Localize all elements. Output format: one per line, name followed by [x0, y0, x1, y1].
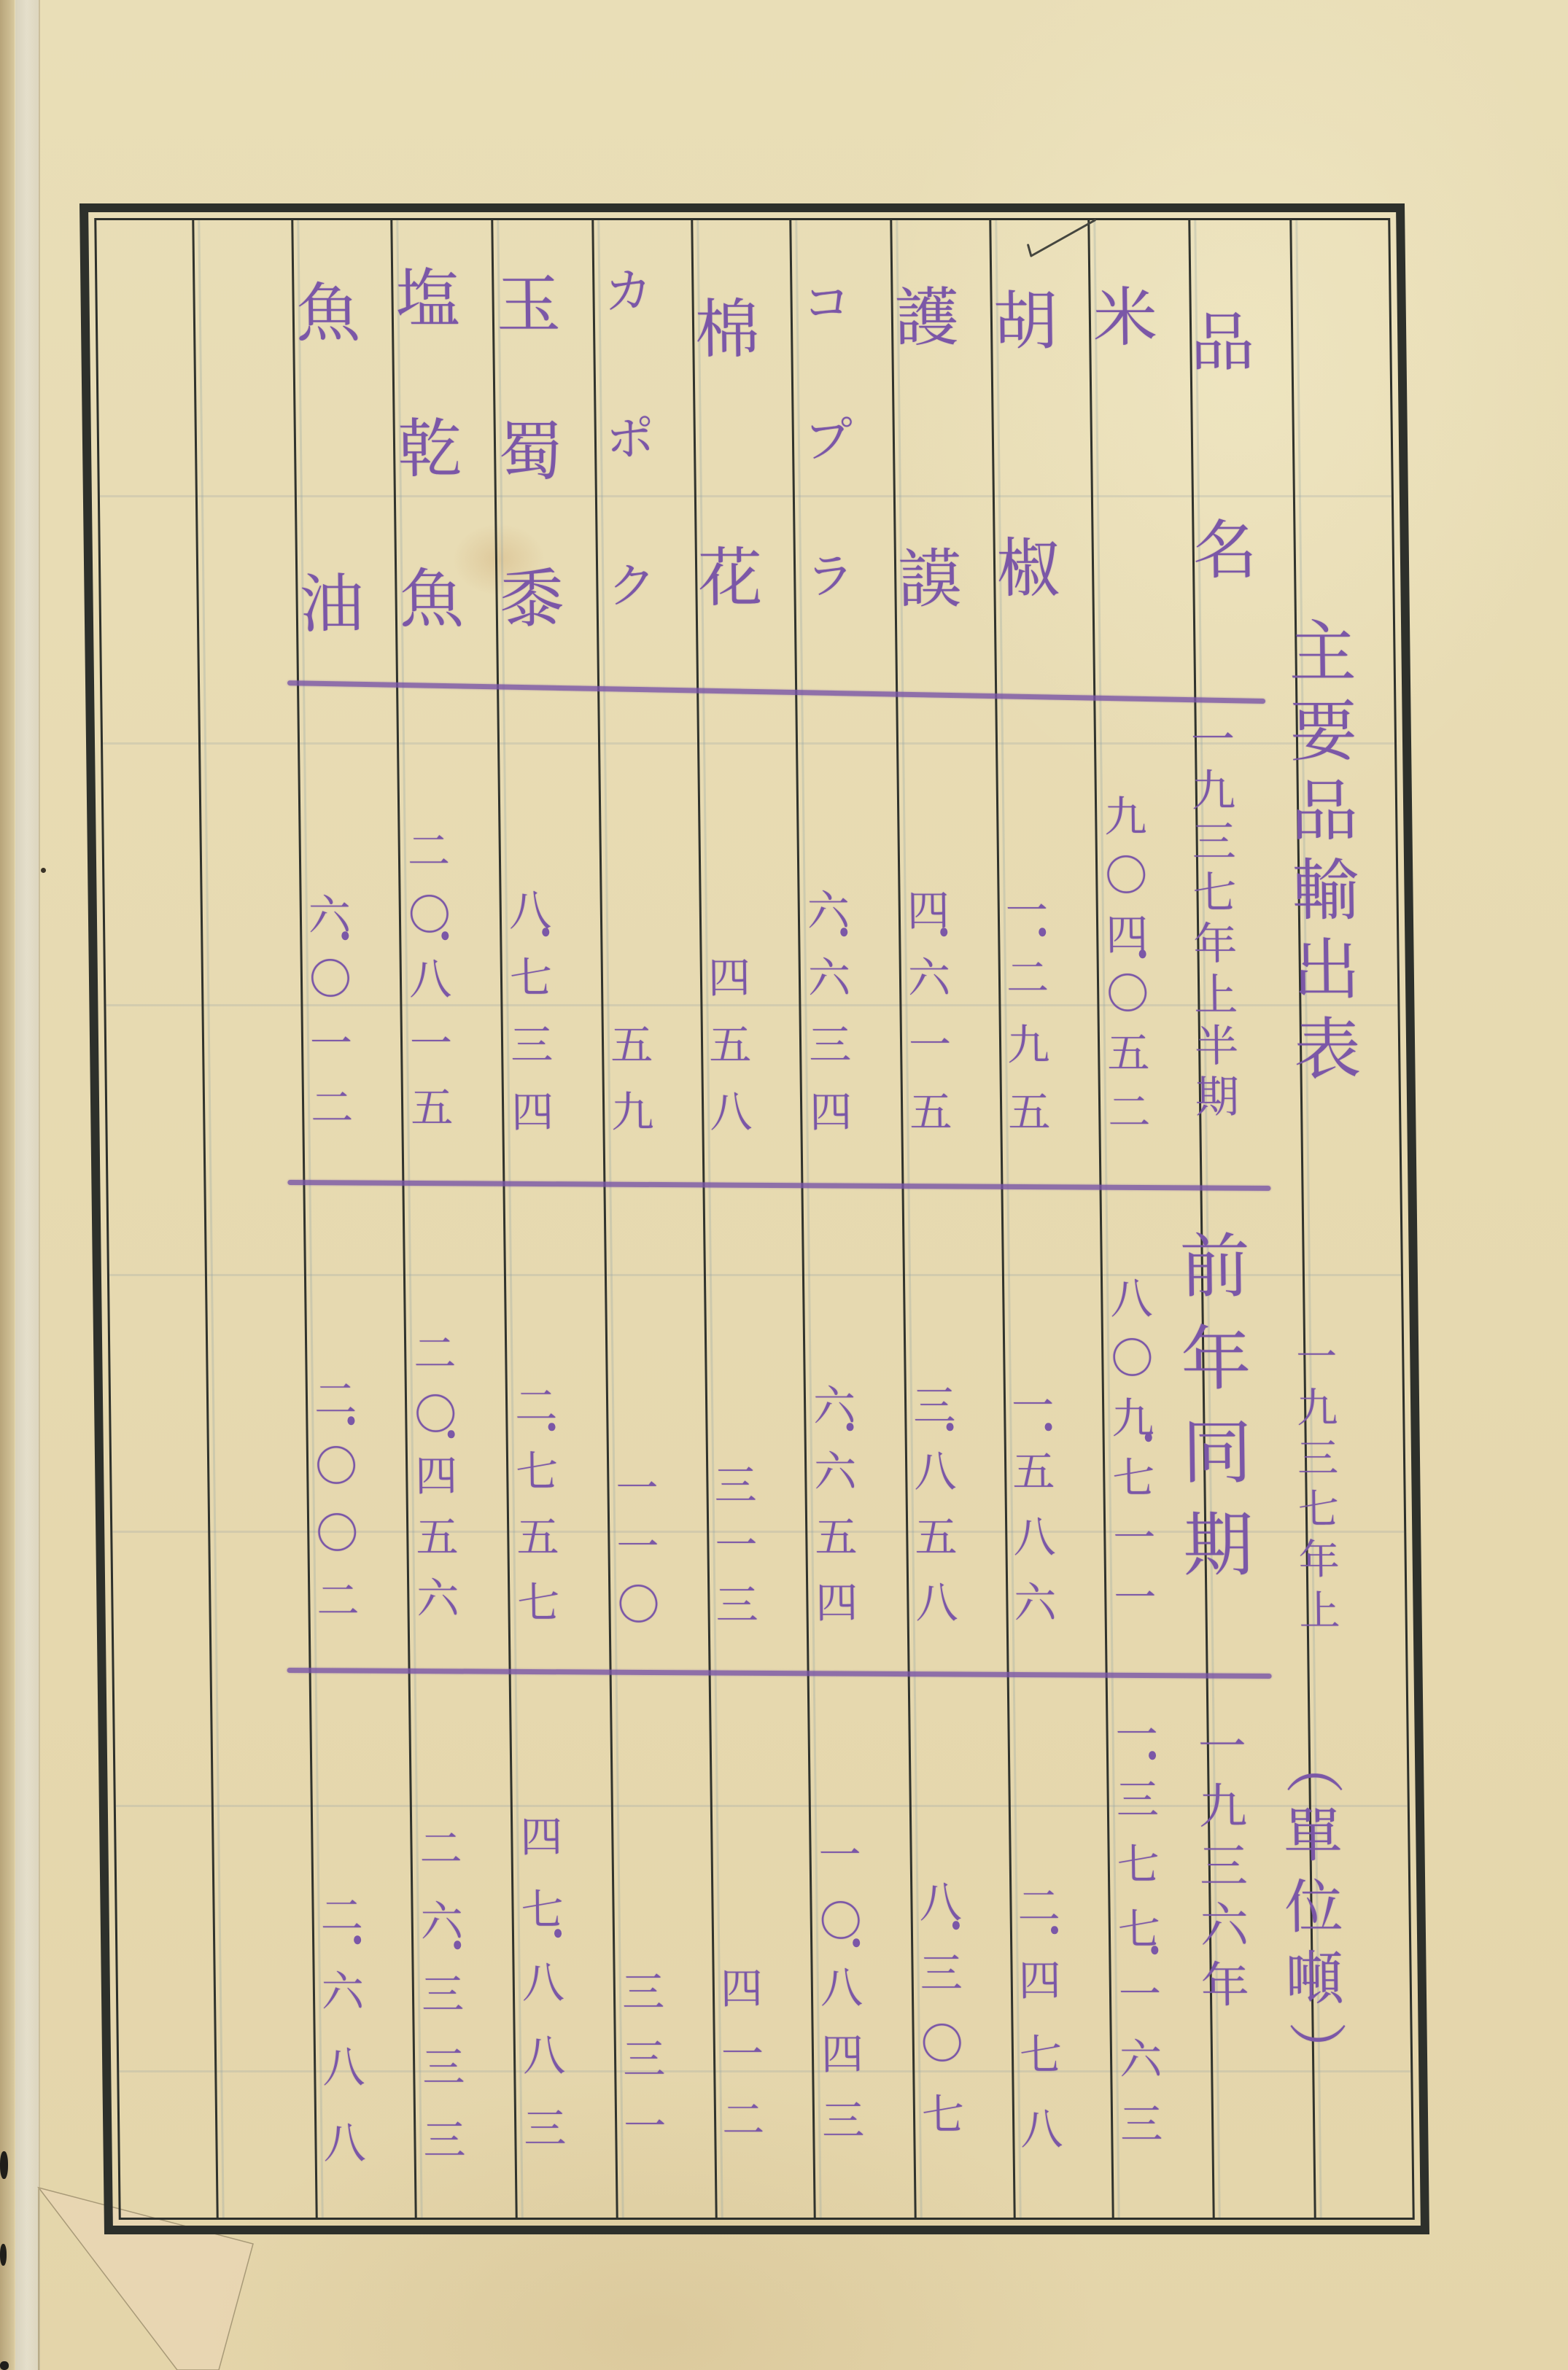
- table-frame: 主要品輸出表 一九三七年上 （單位噸） 品名 米 胡椒 護謨 コプラ 棉花 カポ…: [79, 203, 1429, 2234]
- glyph: 〇: [1111, 1337, 1154, 1380]
- glyph: 五: [915, 1516, 958, 1558]
- glyph: 〇: [617, 1584, 660, 1626]
- glyph: 五: [416, 1516, 459, 1558]
- glyph: 三: [920, 1952, 963, 1994]
- glyph: 油: [299, 572, 364, 637]
- glyph: 三: [1297, 1439, 1339, 1480]
- glyph: 七: [1117, 1843, 1160, 1886]
- glyph: 五: [1012, 1450, 1055, 1493]
- glyph: 七: [922, 2094, 965, 2136]
- glyph: 一: [818, 1834, 861, 1876]
- comma-mark: [441, 931, 449, 940]
- glyph: 九: [1191, 769, 1235, 813]
- comma-mark: [1149, 1752, 1156, 1760]
- glyph: 三: [524, 2107, 567, 2150]
- glyph: 四: [1018, 1959, 1061, 2002]
- glyph: 單: [1284, 1807, 1343, 1865]
- glyph: 米: [1092, 286, 1157, 350]
- glyph: 一: [616, 1467, 659, 1510]
- glyph: 〇: [309, 958, 352, 1001]
- glyph: 品: [1190, 311, 1255, 375]
- glyph: 四: [821, 2033, 864, 2075]
- glyph: 七: [1298, 1490, 1340, 1531]
- glyph: 同: [1181, 1418, 1252, 1488]
- glyph: 〇: [920, 2023, 963, 2065]
- comma-mark: [1151, 1946, 1158, 1955]
- glyph: 二: [722, 2099, 765, 2141]
- comma-mark: [853, 1938, 860, 1947]
- glyph: 年: [1298, 1540, 1340, 1581]
- glyph: 七: [510, 957, 553, 999]
- glyph: 三: [1199, 1843, 1248, 1891]
- glyph: 三: [715, 1584, 758, 1626]
- glyph: 一: [1005, 890, 1048, 932]
- glyph: 九: [1297, 1388, 1338, 1429]
- glyph: 三: [822, 2099, 865, 2142]
- glyph: 二: [311, 1087, 354, 1129]
- glyph: 位: [1284, 1878, 1343, 1937]
- glyph: 三: [623, 2038, 666, 2080]
- glyph: 三: [422, 1973, 465, 2016]
- glyph: 一: [1113, 1517, 1156, 1559]
- comma-mark: [1044, 1423, 1052, 1431]
- glyph: 期: [1183, 1510, 1254, 1580]
- glyph: 二: [317, 1580, 360, 1622]
- glyph: 一: [909, 1024, 952, 1066]
- comma-mark: [946, 1423, 953, 1431]
- glyph: 一: [1012, 1385, 1055, 1427]
- glyph: 胡: [993, 290, 1057, 354]
- glyph: 三: [422, 2046, 465, 2089]
- glyph: 玉: [496, 273, 561, 337]
- glyph: 花: [698, 546, 763, 610]
- glyph: 二: [320, 1895, 363, 1937]
- glyph: 一: [624, 2105, 667, 2148]
- glyph: 七: [1112, 1457, 1155, 1499]
- glyph: ク: [608, 562, 656, 610]
- glyph: 六: [807, 890, 850, 932]
- comma-mark: [1138, 949, 1146, 958]
- glyph: 四: [907, 890, 950, 932]
- glyph: 一: [1114, 1577, 1157, 1619]
- glyph: 一: [1296, 1337, 1338, 1378]
- glyph: 前: [1179, 1232, 1250, 1302]
- glyph: カ: [604, 268, 653, 316]
- glyph: 七: [1020, 2034, 1063, 2076]
- glyph: 表: [1294, 1017, 1362, 1084]
- glyph: 年: [1200, 1962, 1249, 2010]
- glyph: 棉: [695, 298, 760, 362]
- comma-mark: [1051, 1926, 1058, 1935]
- glyph: 一: [410, 1022, 453, 1065]
- glyph: 二: [1017, 1885, 1060, 1927]
- glyph: 八: [914, 1450, 957, 1493]
- comma-mark: [354, 1935, 361, 1944]
- comma-mark: [1145, 1433, 1152, 1442]
- glyph: 三: [1192, 820, 1236, 864]
- glyph: 二: [414, 1332, 457, 1375]
- glyph: ポ: [606, 415, 655, 463]
- glyph: 五: [909, 1091, 952, 1133]
- glyph: 一: [715, 1524, 758, 1566]
- glyph: 四: [511, 1091, 554, 1133]
- glyph: プ: [804, 416, 853, 465]
- glyph: 一: [1198, 1723, 1246, 1771]
- check-mark-icon: [79, 203, 1405, 291]
- glyph: 八: [409, 958, 452, 1001]
- glyph: 主: [1289, 619, 1357, 686]
- glyph: 六: [308, 894, 352, 936]
- comma-mark: [1039, 928, 1046, 937]
- glyph: 六: [1200, 1902, 1249, 1950]
- glyph: 三: [809, 1024, 852, 1066]
- glyph: 五: [516, 1516, 559, 1558]
- glyph: 三: [1116, 1779, 1159, 1821]
- glyph: 五: [815, 1516, 858, 1558]
- glyph: 謨: [898, 548, 963, 612]
- glyph: 八: [710, 1091, 753, 1133]
- glyph: 五: [1008, 1091, 1051, 1133]
- glyph: 〇: [1106, 973, 1149, 1015]
- glyph: 五: [411, 1087, 454, 1129]
- glyph: 二: [407, 830, 450, 872]
- glyph: 六: [908, 957, 951, 999]
- glyph: 八: [1013, 1516, 1056, 1558]
- comma-mark: [940, 928, 947, 937]
- glyph: 三: [423, 2119, 466, 2161]
- glyph: 四: [415, 1455, 458, 1497]
- glyph: 二: [419, 1827, 462, 1870]
- glyph: 魚: [295, 281, 360, 346]
- glyph: 七: [521, 1889, 564, 1931]
- glyph: 九: [611, 1091, 654, 1133]
- glyph: 五: [610, 1024, 653, 1066]
- glyph: 〇: [819, 1900, 862, 1943]
- glyph: 八: [1110, 1278, 1153, 1320]
- glyph: 蜀: [498, 420, 563, 484]
- glyph: 椒: [996, 537, 1061, 601]
- glyph: 六: [416, 1577, 459, 1620]
- glyph: 三: [622, 1971, 665, 2013]
- glyph: 三: [714, 1464, 757, 1507]
- glyph: 六: [322, 1970, 365, 2013]
- glyph: 〇: [408, 894, 451, 936]
- glyph: 名: [1192, 518, 1257, 583]
- glyph: 一: [1191, 718, 1235, 762]
- glyph: 三: [913, 1385, 956, 1427]
- glyph: 五: [1107, 1032, 1150, 1074]
- comma-mark: [952, 1921, 960, 1930]
- glyph: 一: [1115, 1714, 1158, 1756]
- glyph: 七: [517, 1582, 560, 1624]
- glyph: 品: [1291, 778, 1359, 845]
- comma-mark: [447, 1430, 454, 1439]
- glyph: 四: [810, 1091, 853, 1133]
- glyph: コ: [802, 279, 851, 327]
- glyph: 九: [1104, 796, 1147, 838]
- glyph: 六: [1014, 1582, 1057, 1624]
- glyph: 出: [1292, 937, 1360, 1004]
- glyph: 二: [515, 1385, 558, 1427]
- glyph: 八: [508, 890, 551, 932]
- glyph: 六: [1119, 2038, 1163, 2080]
- glyph: 四: [721, 1967, 764, 2010]
- glyph: 乾: [397, 417, 462, 481]
- glyph: 二: [314, 1378, 357, 1421]
- glyph: 八: [1020, 2108, 1063, 2151]
- glyph: 二: [1006, 957, 1049, 999]
- glyph: 年: [1193, 922, 1238, 966]
- glyph: 八: [915, 1582, 958, 1624]
- glyph: 〇: [316, 1512, 359, 1555]
- glyph: 三: [1120, 2103, 1163, 2145]
- comma-mark: [542, 928, 549, 937]
- glyph: 八: [323, 2122, 366, 2164]
- document-page: 主要品輸出表 一九三七年上 （單位噸） 品名 米 胡椒 護謨 コプラ 棉花 カポ…: [0, 0, 1568, 2370]
- glyph: 上: [1194, 974, 1238, 1017]
- glyph: 噸: [1285, 1950, 1344, 2008]
- glyph: 九: [1198, 1783, 1247, 1831]
- glyph: 〇: [315, 1445, 358, 1488]
- glyph: 八: [521, 1962, 564, 2004]
- comma-mark: [548, 1423, 555, 1431]
- comma-mark: [347, 1417, 354, 1426]
- glyph: ）: [1286, 2021, 1345, 2080]
- glyph: 七: [516, 1450, 559, 1493]
- glyph: 四: [815, 1582, 858, 1624]
- glyph: 六: [814, 1450, 857, 1493]
- glyph: 八: [322, 2046, 365, 2089]
- glyph: 四: [520, 1816, 563, 1858]
- comma-mark: [454, 1940, 461, 1949]
- glyph: 塩: [395, 267, 460, 331]
- glyph: 六: [813, 1385, 856, 1427]
- glyph: 八: [523, 2035, 566, 2077]
- comma-mark: [840, 928, 847, 937]
- glyph: 八: [820, 1967, 863, 2009]
- glyph: 六: [808, 957, 851, 999]
- comma-mark: [341, 931, 349, 940]
- glyph: 半: [1195, 1025, 1239, 1068]
- comma-mark: [554, 1929, 562, 1938]
- glyph: 五: [709, 1024, 752, 1066]
- glyph: 要: [1289, 699, 1357, 766]
- glyph: 七: [1118, 1908, 1161, 1951]
- glyph: 九: [1007, 1024, 1050, 1066]
- glyph: 一: [616, 1526, 659, 1568]
- glyph: 六: [420, 1900, 463, 1943]
- comma-mark: [846, 1423, 853, 1431]
- glyph: ラ: [806, 553, 855, 601]
- glyph: （: [1283, 1736, 1342, 1794]
- glyph: 四: [708, 957, 751, 999]
- glyph: 八: [919, 1881, 962, 1924]
- glyph: 魚: [399, 567, 464, 632]
- glyph: 輸: [1292, 858, 1359, 925]
- glyph: 年: [1181, 1324, 1251, 1394]
- glyph: 二: [1108, 1091, 1151, 1133]
- glyph: 一: [721, 2033, 764, 2075]
- glyph: 護: [894, 286, 959, 350]
- glyph: 一: [1119, 1973, 1162, 2016]
- glyph: 〇: [1105, 855, 1148, 897]
- glyph: 一: [310, 1022, 353, 1065]
- glyph: 期: [1195, 1076, 1240, 1119]
- glyph: 上: [1299, 1591, 1340, 1632]
- glyph: 黍: [500, 567, 564, 632]
- glyph: 七: [1192, 871, 1237, 915]
- glyph: 三: [511, 1024, 554, 1066]
